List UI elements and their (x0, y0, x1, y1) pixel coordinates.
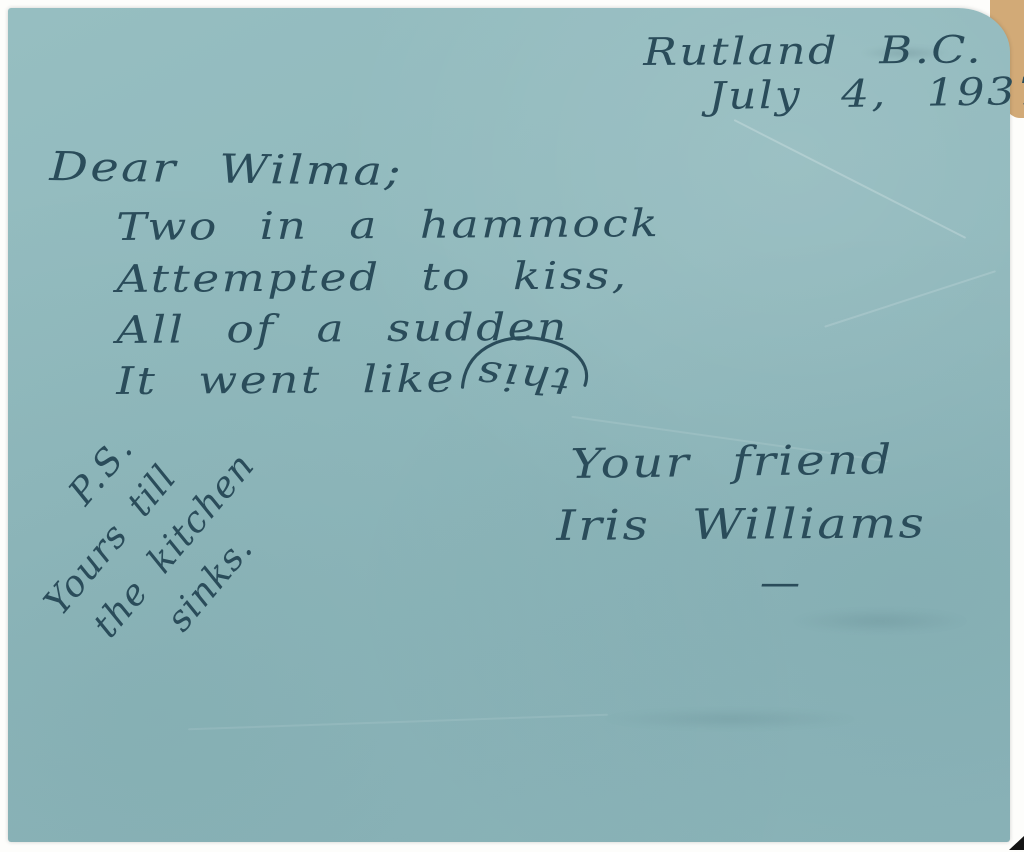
album-page: Rutland B.C. July 4, 1937 Dear Wilma; Tw… (8, 8, 1010, 842)
signature: Iris Williams (556, 498, 927, 550)
bleed-through-marks (790, 608, 970, 634)
closing-line: Your friend (570, 435, 894, 488)
bleed-through-marks (600, 708, 860, 730)
scanned-document: Rutland B.C. July 4, 1937 Dear Wilma; Tw… (0, 0, 1024, 852)
place-line: Rutland B.C. (643, 27, 983, 74)
flipped-word-group: this (475, 356, 571, 401)
paper-crease (734, 119, 966, 238)
poem-line-3: All of a sudden (116, 305, 569, 352)
paper-crease (188, 713, 608, 729)
salutation: Dear Wilma; (49, 144, 404, 195)
signature-dash: — (760, 560, 800, 606)
flipped-word: this (473, 352, 573, 403)
poem-line-1: Two in a hammock (116, 201, 660, 249)
corner-notch (1009, 836, 1024, 850)
paper-crease (824, 270, 996, 327)
poem-line-2: Attempted to kiss, (116, 253, 629, 301)
date-line: July 4, 1937 (708, 69, 1024, 118)
